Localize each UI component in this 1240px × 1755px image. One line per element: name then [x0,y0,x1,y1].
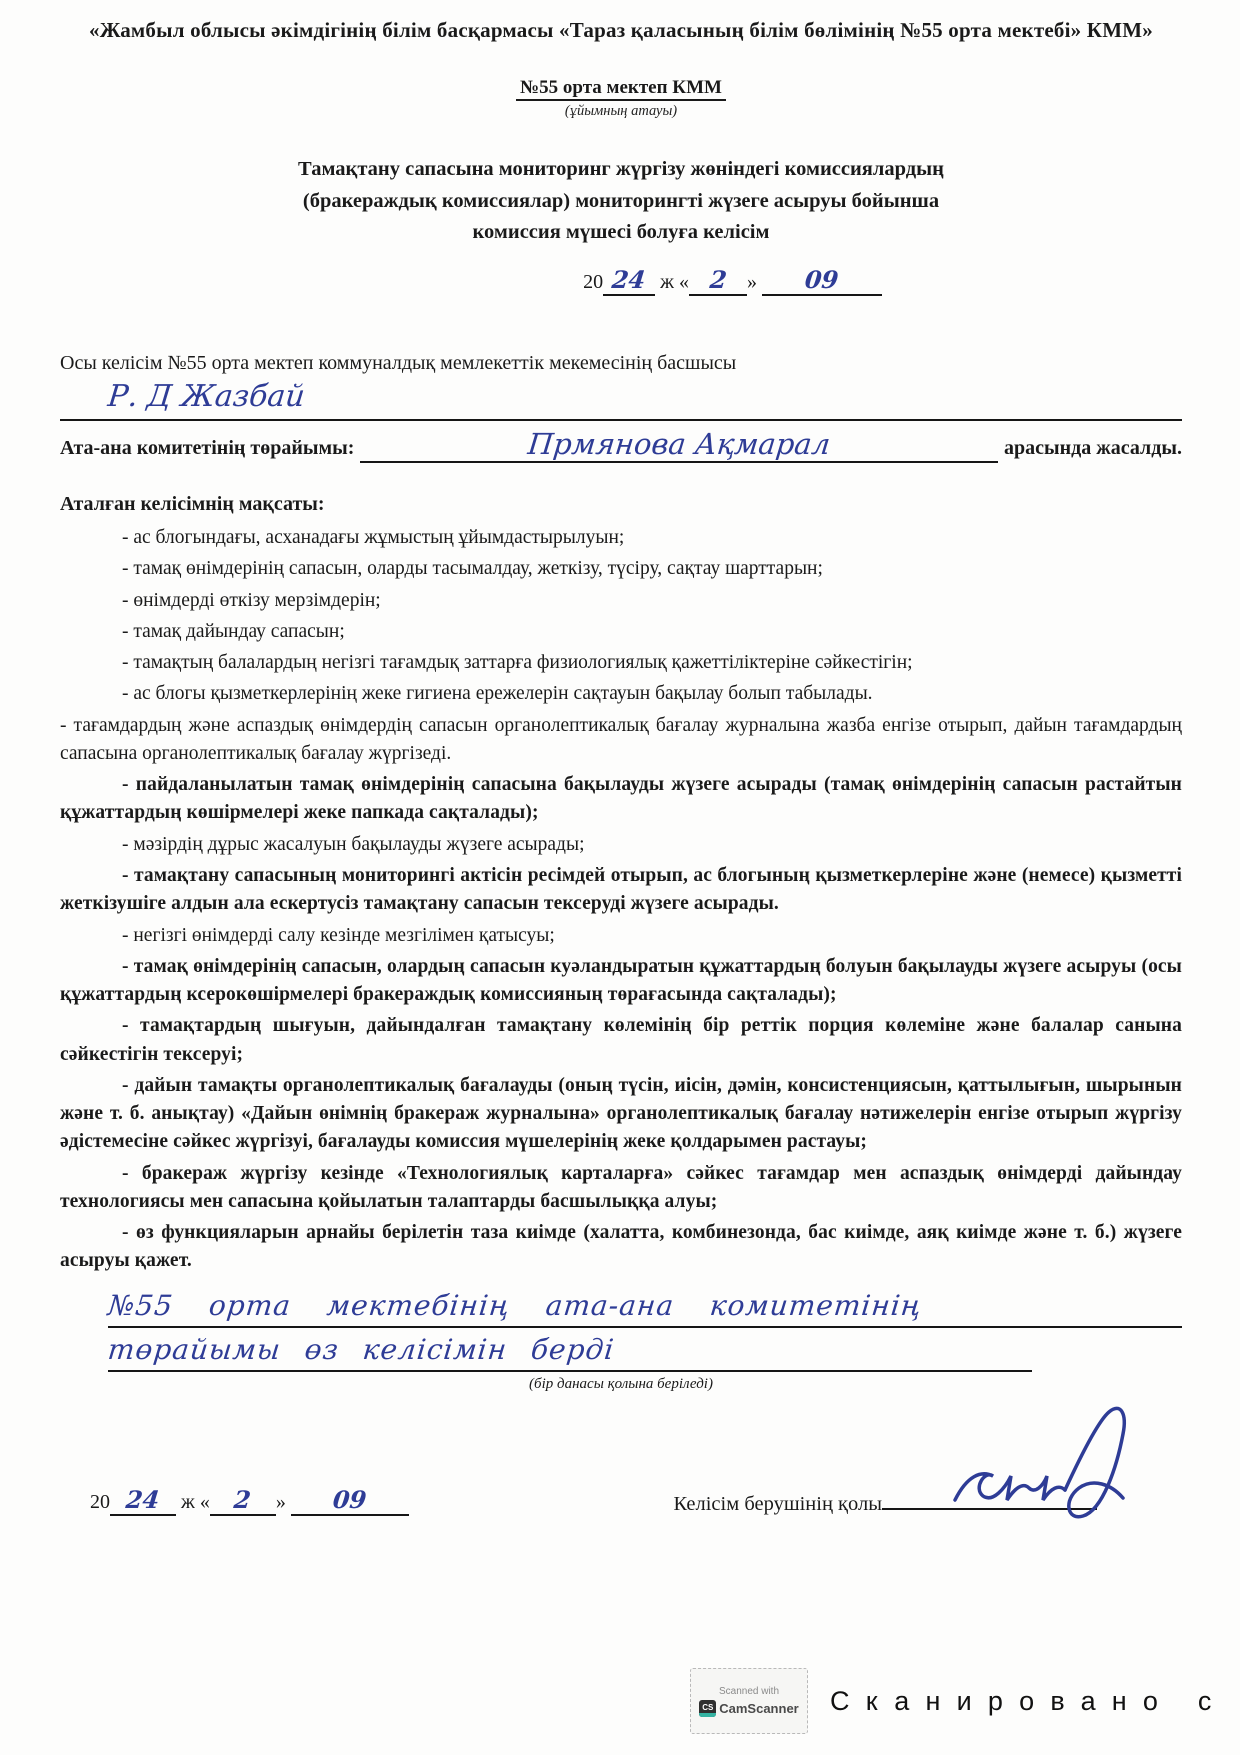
handwritten-month: 09 [796,265,848,294]
handwritten-statement-line2: төрайымы өз келісімін берді [108,1330,1032,1372]
org-short-name: №55 орта мектеп КММ [516,77,726,101]
copy-caption: (бір данасы қолына беріледі) [60,1376,1182,1393]
handwritten-chairwoman-name: Прмянова Ақмарал [526,427,832,461]
handwritten-director-name: Р. Д Жазбай [106,375,307,419]
purpose-item: - өнімдерді өткізу мерзімдерін; [60,587,1182,615]
signature-label: Келісім берушінің қолы [674,1493,882,1515]
org-short-name-line: №55 орта мектеп КММ [60,77,1182,99]
purpose-item: - тамақ дайындау сапасын; [60,618,1182,646]
purpose-item: - тамақтану сапасының мониторингі актісі… [60,862,1182,919]
date-close-quote: » [747,271,757,293]
purpose-item: - тамақ өнімдерінің сапасын, оларды тасы… [60,555,1182,583]
handwritten-day: 2 [700,265,736,294]
purpose-item: - мәзірдің дұрыс жасалуын бақылауды жүзе… [60,831,1182,859]
purpose-item: - тамақтардың шығуын, дайындалған тамақт… [60,1012,1182,1069]
date-prefix: 20 [583,271,603,293]
purpose-item: - тамақтың балалардың негізгі тағамдық з… [60,649,1182,677]
purpose-item: - пайдаланылатын тамақ өнімдерінің сапас… [60,771,1182,828]
purpose-item: - дайын тамақты органолептикалық бағалау… [60,1072,1182,1157]
chairwoman-label: Ата-ана комитетінің төрайымы: [60,437,354,460]
made-between-text: арасында жасалды. [1004,437,1182,460]
date-line-top: 2024 ж «2» 09 [60,265,882,296]
signature-block: Келісім берушінің қолы [674,1493,1097,1516]
handwritten-year: 24 [117,1485,169,1514]
scanned-with-label: Scanned with [719,1686,779,1697]
handwritten-signature [947,1404,1137,1534]
date-line-bottom: 2024 ж «2» 09 [90,1485,409,1516]
chairwoman-line: Ата-ана комитетінің төрайымы: Прмянова А… [60,427,1182,463]
purpose-item: - бракераж жүргізу кезінде «Технологиялы… [60,1160,1182,1217]
purpose-item: - ас блогындағы, асханадағы жұмыстың ұйы… [60,524,1182,552]
date-close-quote: » [276,1491,286,1513]
purpose-list: - ас блогындағы, асханадағы жұмыстың ұйы… [60,524,1182,1276]
org-full-name: «Жамбыл облысы әкімдігінің білім басқарм… [64,12,1179,49]
purpose-item: - тамақ өнімдерінің сапасын, олардың сап… [60,953,1182,1010]
purpose-item: - өз функцияларын арнайы берілетін таза … [60,1219,1182,1276]
handwritten-day: 2 [225,1485,261,1514]
intro-line: Осы келісім №55 орта мектеп коммуналдық … [60,352,1182,375]
camscanner-watermark: Scanned with CS CamScanner Сканировано с… [690,1668,1240,1734]
date-prefix: 20 [90,1491,110,1513]
handwritten-year: 24 [603,265,655,294]
camscanner-badge: Scanned with CS CamScanner [690,1668,808,1734]
handwritten-month: 09 [324,1485,376,1514]
purpose-item: - тағамдардың және аспаздық өнімдердің с… [60,712,1182,769]
handwritten-statement-line1: №55 орта мектебінің ата-ана комитетінің [108,1286,1182,1328]
scanned-document-page: «Жамбыл облысы әкімдігінің білім басқарм… [0,0,1240,1755]
date-zh: ж « [181,1491,210,1513]
purpose-item: - ас блогы қызметкерлерінің жеке гигиена… [60,680,1182,708]
date-zh: ж « [660,271,689,293]
purpose-item: - негізгі өнімдерді салу кезінде мезгілі… [60,922,1182,950]
watermark-text: Сканировано с CamScanner [830,1686,1240,1717]
camscanner-brand-label: CamScanner [719,1701,798,1716]
handwritten-statement: №55 орта мектебінің ата-ана комитетінің … [60,1286,1182,1372]
camscanner-app-icon: CS [699,1700,716,1717]
bottom-row: 2024 ж «2» 09 Келісім берушінің қолы [60,1485,1182,1516]
purpose-heading: Аталған келісімнің мақсаты: [60,493,1182,516]
document-title: Тамақтану сапасына мониторинг жүргізу жө… [271,154,971,249]
director-signature-line: Р. Д Жазбай [60,375,1182,421]
org-name-caption: (ұйымның атауы) [60,103,1182,120]
chairwoman-name-underline: Прмянова Ақмарал [360,427,998,463]
